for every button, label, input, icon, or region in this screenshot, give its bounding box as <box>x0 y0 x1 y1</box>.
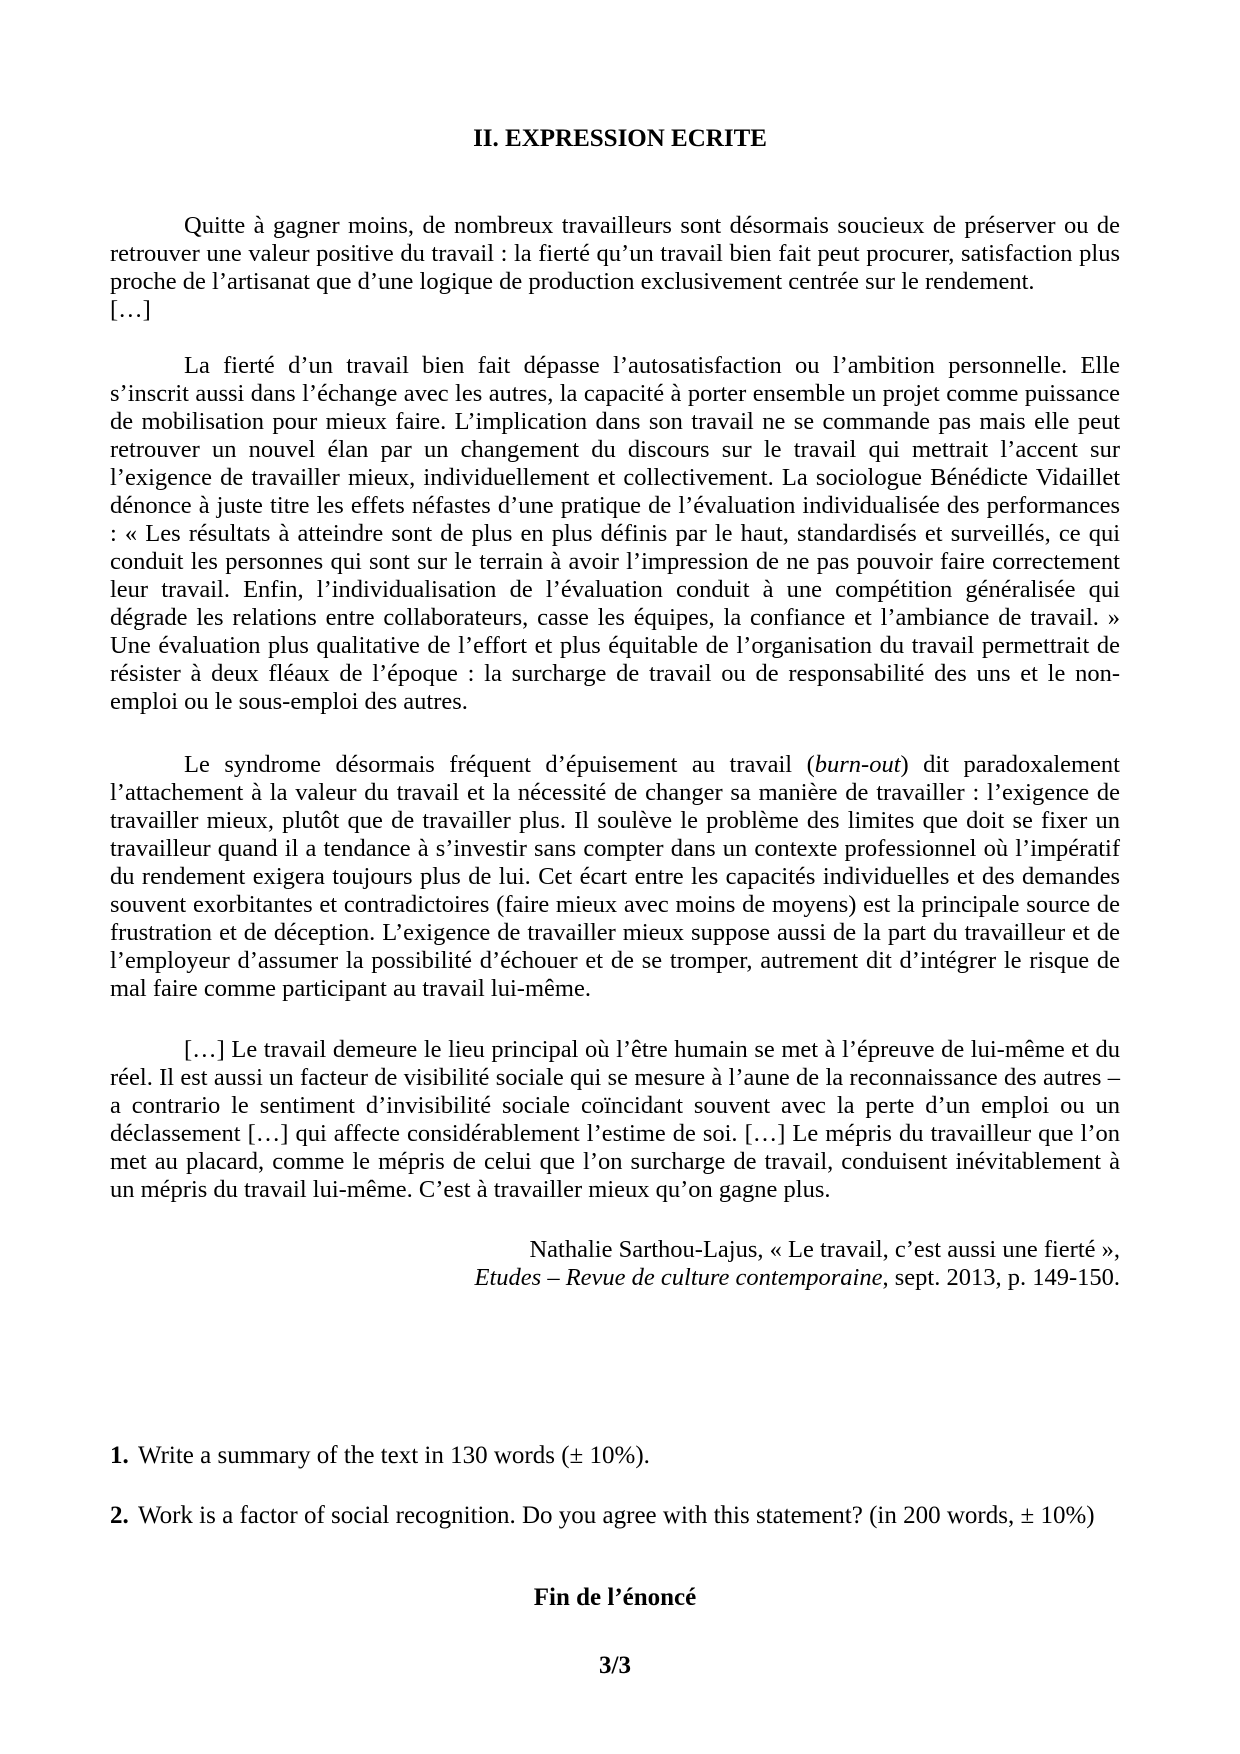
paragraph-burnout: Le syndrome désormais fréquent d’épuisem… <box>110 751 1120 1003</box>
question-2-number: 2. <box>110 1501 138 1530</box>
reading-text: Quitte à gagner moins, de nombreux trava… <box>110 212 1120 1292</box>
end-of-statement-marker: Fin de l’énoncé <box>110 1583 1120 1612</box>
attribution-date-pages: , sept. 2013, p. 149-150. <box>883 1264 1121 1291</box>
question-2: 2. Work is a factor of social recognitio… <box>110 1501 1120 1530</box>
paragraph-pride: La fierté d’un travail bien fait dépasse… <box>110 352 1120 716</box>
paragraph-burnout-after: ) dit paradoxalement l’attachement à la … <box>110 751 1120 1002</box>
question-1: 1. Write a summary of the text in 130 wo… <box>110 1441 1120 1470</box>
section-title: II. EXPRESSION ECRITE <box>0 0 1240 153</box>
question-1-number: 1. <box>110 1441 138 1470</box>
ellipsis-marker: […] <box>110 296 1120 324</box>
paragraph-intro: Quitte à gagner moins, de nombreux trava… <box>110 212 1120 296</box>
attribution-reference-line: Etudes – Revue de culture contemporaine,… <box>110 1264 1120 1292</box>
exam-page: II. EXPRESSION ECRITE Quitte à gagner mo… <box>0 0 1240 1754</box>
paragraph-recognition: […] Le travail demeure le lieu principal… <box>110 1036 1120 1204</box>
paragraph-burnout-before: Le syndrome désormais fréquent d’épuisem… <box>184 751 815 778</box>
question-1-text: Write a summary of the text in 130 words… <box>138 1441 1120 1470</box>
question-2-text: Work is a factor of social recognition. … <box>138 1501 1120 1530</box>
attribution-author-line: Nathalie Sarthou-Lajus, « Le travail, c’… <box>110 1236 1120 1264</box>
italic-term-burnout: burn-out <box>815 751 901 778</box>
page-number: 3/3 <box>110 1651 1120 1680</box>
questions-and-footer: 1. Write a summary of the text in 130 wo… <box>110 1441 1120 1680</box>
attribution-journal-title: Etudes – Revue de culture contemporaine <box>475 1264 883 1291</box>
source-attribution: Nathalie Sarthou-Lajus, « Le travail, c’… <box>110 1236 1120 1292</box>
